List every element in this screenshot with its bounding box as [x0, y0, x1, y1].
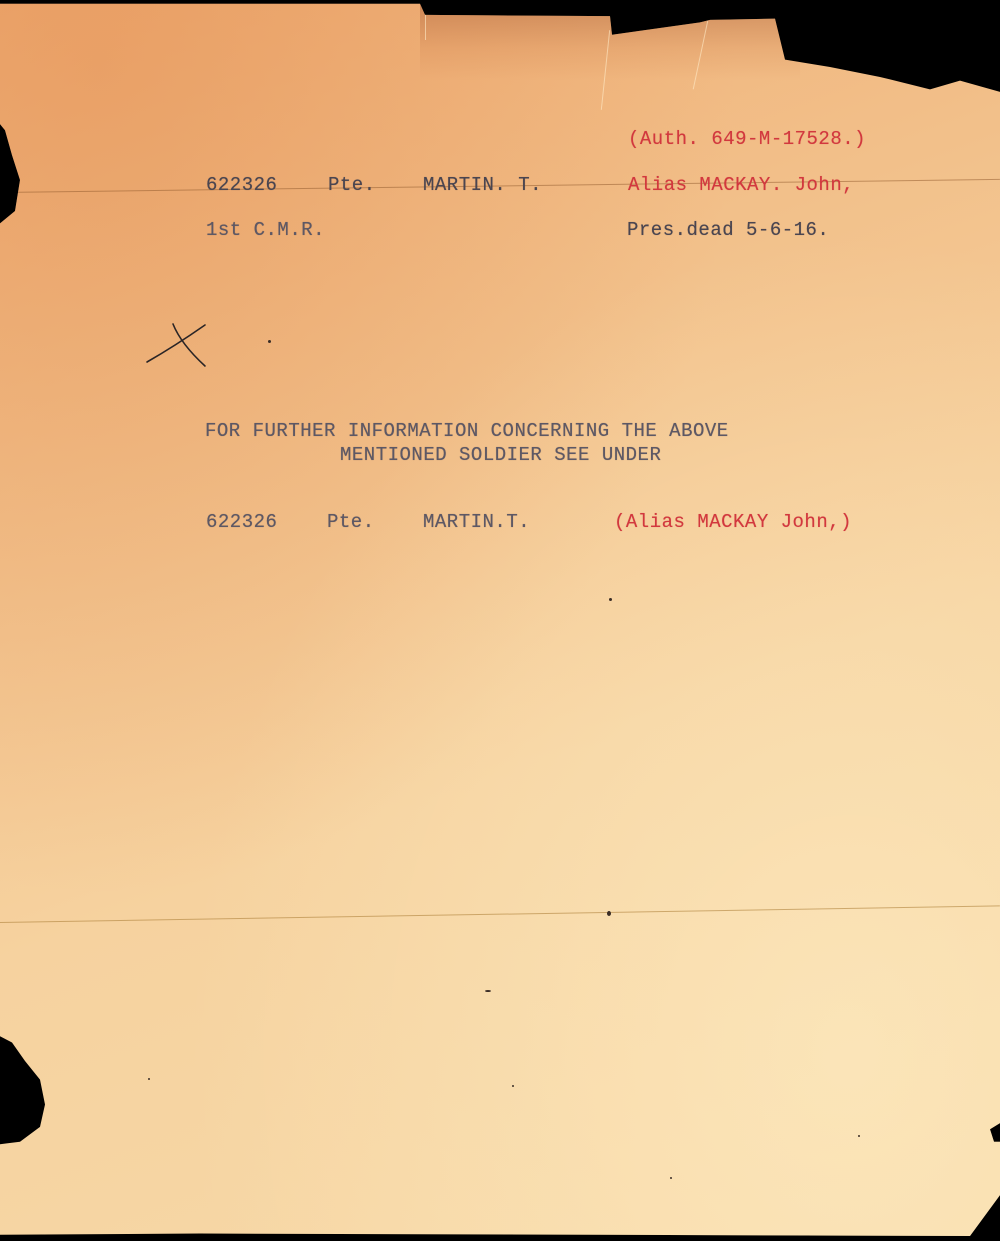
- status-presumed-dead: Pres.dead 5-6-16.: [627, 219, 829, 241]
- xref-soldier-alias: (Alias MACKAY John,): [614, 511, 852, 533]
- regimental-number: 622326: [206, 174, 277, 196]
- rank: Pte.: [328, 174, 376, 196]
- unit: 1st C.M.R.: [206, 219, 325, 241]
- handwritten-x-mark: [145, 320, 210, 370]
- xref-regimental-number: 622326: [206, 511, 277, 533]
- soldier-alias: Alias MACKAY. John,: [628, 174, 854, 196]
- xref-soldier-name: MARTIN.T.: [423, 511, 530, 533]
- fold-line-bottom: [0, 905, 1000, 923]
- paper-speck: [512, 1085, 514, 1087]
- paper-speck: [268, 340, 271, 343]
- paper-speck: [607, 911, 611, 916]
- cross-reference-line-1: FOR FURTHER INFORMATION CONCERNING THE A…: [205, 420, 729, 442]
- paper-speck: [148, 1078, 150, 1080]
- top-edge-stain: [420, 0, 800, 80]
- paper-speck: [609, 598, 612, 601]
- document-paper: (Auth. 649-M-17528.) 622326 Pte. MARTIN.…: [0, 0, 1000, 1241]
- paper-speck: [858, 1135, 860, 1137]
- soldier-name: MARTIN. T.: [423, 174, 542, 196]
- cross-reference-line-2: MENTIONED SOLDIER SEE UNDER: [340, 444, 661, 466]
- authority-reference: (Auth. 649-M-17528.): [628, 128, 866, 150]
- paper-speck: [485, 990, 491, 992]
- paper-tear: [425, 0, 426, 40]
- xref-rank: Pte.: [327, 511, 375, 533]
- paper-speck: [670, 1177, 672, 1179]
